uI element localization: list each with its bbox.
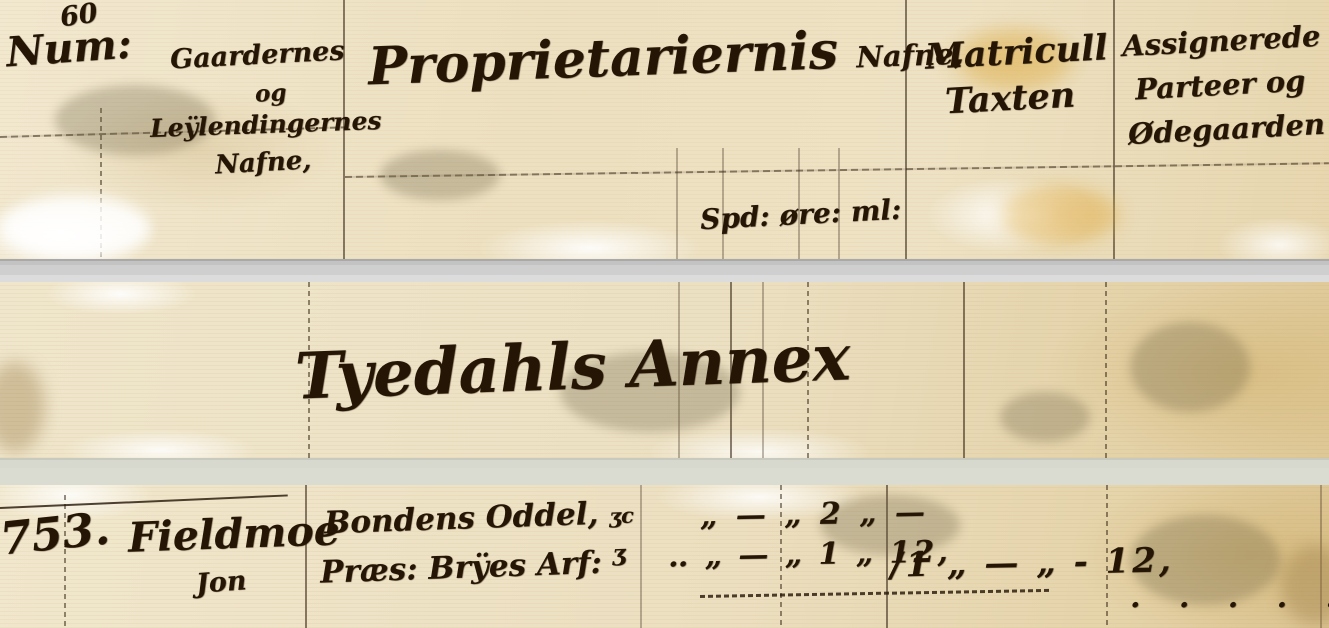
grid-line <box>345 162 1329 178</box>
trailing-dots: . . . . . , <box>1130 580 1329 615</box>
units-subheader: Spd: øre: ml: <box>699 193 902 236</box>
row-top-rule <box>0 494 288 509</box>
grid-line <box>640 485 642 628</box>
paper-stain <box>1000 185 1120 245</box>
grid-line <box>676 148 678 259</box>
bleed-through-mark <box>1130 322 1250 412</box>
entry-row-strip: 753. Fieldmoe Jon Bondens Oddel, ʒc „ — … <box>0 485 1329 628</box>
column-header-assigned-line1: Assignerede <box>1121 19 1321 63</box>
manuscript-page: 60 Num: Gaardernes og Leÿlendingernes Na… <box>0 0 1329 628</box>
grid-line <box>100 108 102 259</box>
column-header-proprietors-main: Proprietariernis <box>367 20 839 97</box>
section-title-strip: Tyedahls Annex <box>0 282 1329 458</box>
entry-line2-text: Præs: Brÿes Arf: ʒ <box>319 540 626 591</box>
column-header-farms-line2: og <box>254 79 287 108</box>
entry-line1-text: Bondens Oddel, ʒc <box>323 495 634 542</box>
grid-line <box>1105 282 1107 458</box>
grid-line <box>963 282 965 458</box>
flourish-underline <box>700 589 1050 598</box>
scan-separator-bar <box>0 259 1329 282</box>
entry-number: 753. <box>0 501 112 565</box>
entry-line1-mark: ʒc <box>609 503 635 529</box>
entry-line2-total: /1 „ — „ - 12, <box>890 541 1174 586</box>
column-header-farms-line1: Gaardernes <box>169 35 345 75</box>
entry-line2-mark: ʒ <box>612 540 626 567</box>
entry-line1-values: „ — „ 2 „ — <box>700 495 929 534</box>
paper-highlight <box>0 195 150 259</box>
bleed-through-mark <box>1000 392 1090 442</box>
column-header-farms-line3: Leÿlendingernes <box>150 106 382 143</box>
entry-line2-label: Præs: Brÿes Arf: <box>320 545 603 591</box>
column-header-matricul-line1: Matricull <box>924 27 1109 78</box>
column-header-matricul-line2: Taxten <box>944 75 1076 123</box>
grid-line <box>1113 0 1115 259</box>
column-header-assigned-line2: Parteer og <box>1134 64 1306 107</box>
column-header-num: Num: <box>4 20 133 77</box>
column-header-proprietors: Proprietariernis Nafne, <box>367 16 964 98</box>
column-header-assigned-line3: Ødegaarden <box>1127 107 1325 151</box>
paper-stain <box>0 362 45 452</box>
scan-separator-bar <box>0 458 1329 485</box>
header-strip: 60 Num: Gaardernes og Leÿlendingernes Na… <box>0 0 1329 259</box>
column-header-farms-line4: Nafne, <box>214 146 312 181</box>
farm-name: Fieldmoe <box>127 506 340 561</box>
entry-line1-label: Bondens Oddel, <box>323 496 598 542</box>
section-title: Tyedahls Annex <box>294 320 852 414</box>
tenant-name: Jon <box>195 565 247 599</box>
